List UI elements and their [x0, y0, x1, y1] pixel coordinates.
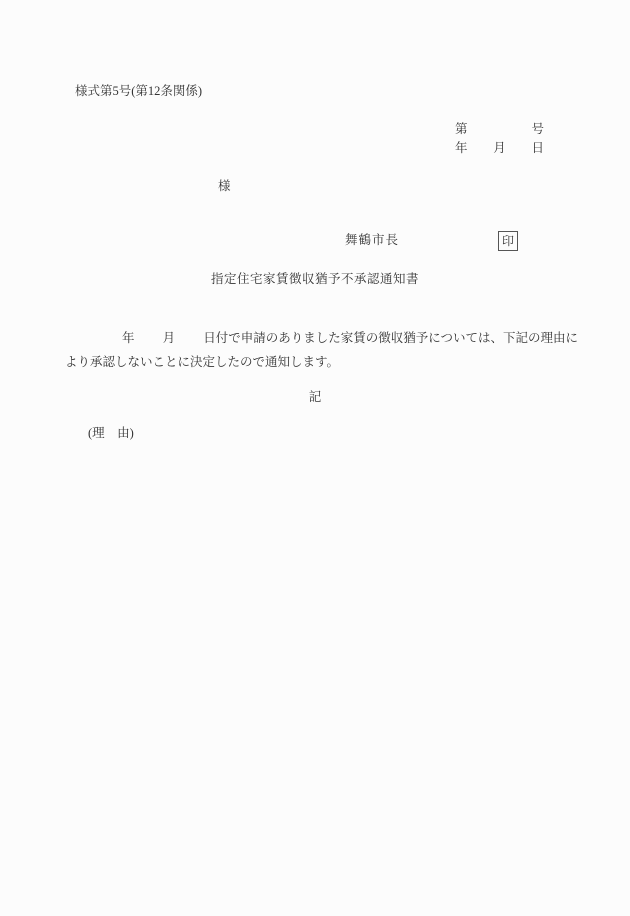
- addressee-honorific-label: 様: [218, 179, 231, 194]
- date-month-label: 月: [493, 141, 506, 156]
- form-number-label: 様式第5号(第12条関係): [75, 84, 202, 99]
- body-year-label: 年: [122, 331, 135, 345]
- seal-mark-glyph: 印: [502, 235, 514, 247]
- document-page: 様式第5号(第12条関係) 第 号 年 月 日 様 舞鶴市長 印 指定住宅家賃徴…: [0, 0, 630, 916]
- date-year-label: 年: [455, 141, 468, 156]
- body-line-1: 年 月 日付で申請のありました家賃の徴収猶予については、下記の理由に: [65, 331, 578, 346]
- date-day-label: 日: [531, 141, 544, 156]
- document-title: 指定住宅家賃徴収猶予不承認通知書: [0, 272, 630, 287]
- record-heading: 記: [0, 390, 630, 405]
- seal-mark-box: 印: [498, 231, 518, 251]
- document-number-line: 第 号: [455, 122, 544, 137]
- body-line-2: より承認しないことに決定したので通知します。: [65, 355, 339, 370]
- sender-title-label: 舞鶴市長: [345, 233, 399, 247]
- sender-line: 舞鶴市長: [345, 233, 399, 248]
- doc-number-suffix-label: 号: [531, 122, 544, 137]
- body-line1-text: 日付で申請のありました家賃の徴収猶予については、下記の理由に: [203, 331, 578, 345]
- date-line: 年 月 日: [455, 141, 544, 156]
- body-month-label: 月: [163, 331, 176, 345]
- doc-number-prefix-label: 第: [455, 122, 468, 137]
- reason-label: (理 由): [88, 426, 134, 441]
